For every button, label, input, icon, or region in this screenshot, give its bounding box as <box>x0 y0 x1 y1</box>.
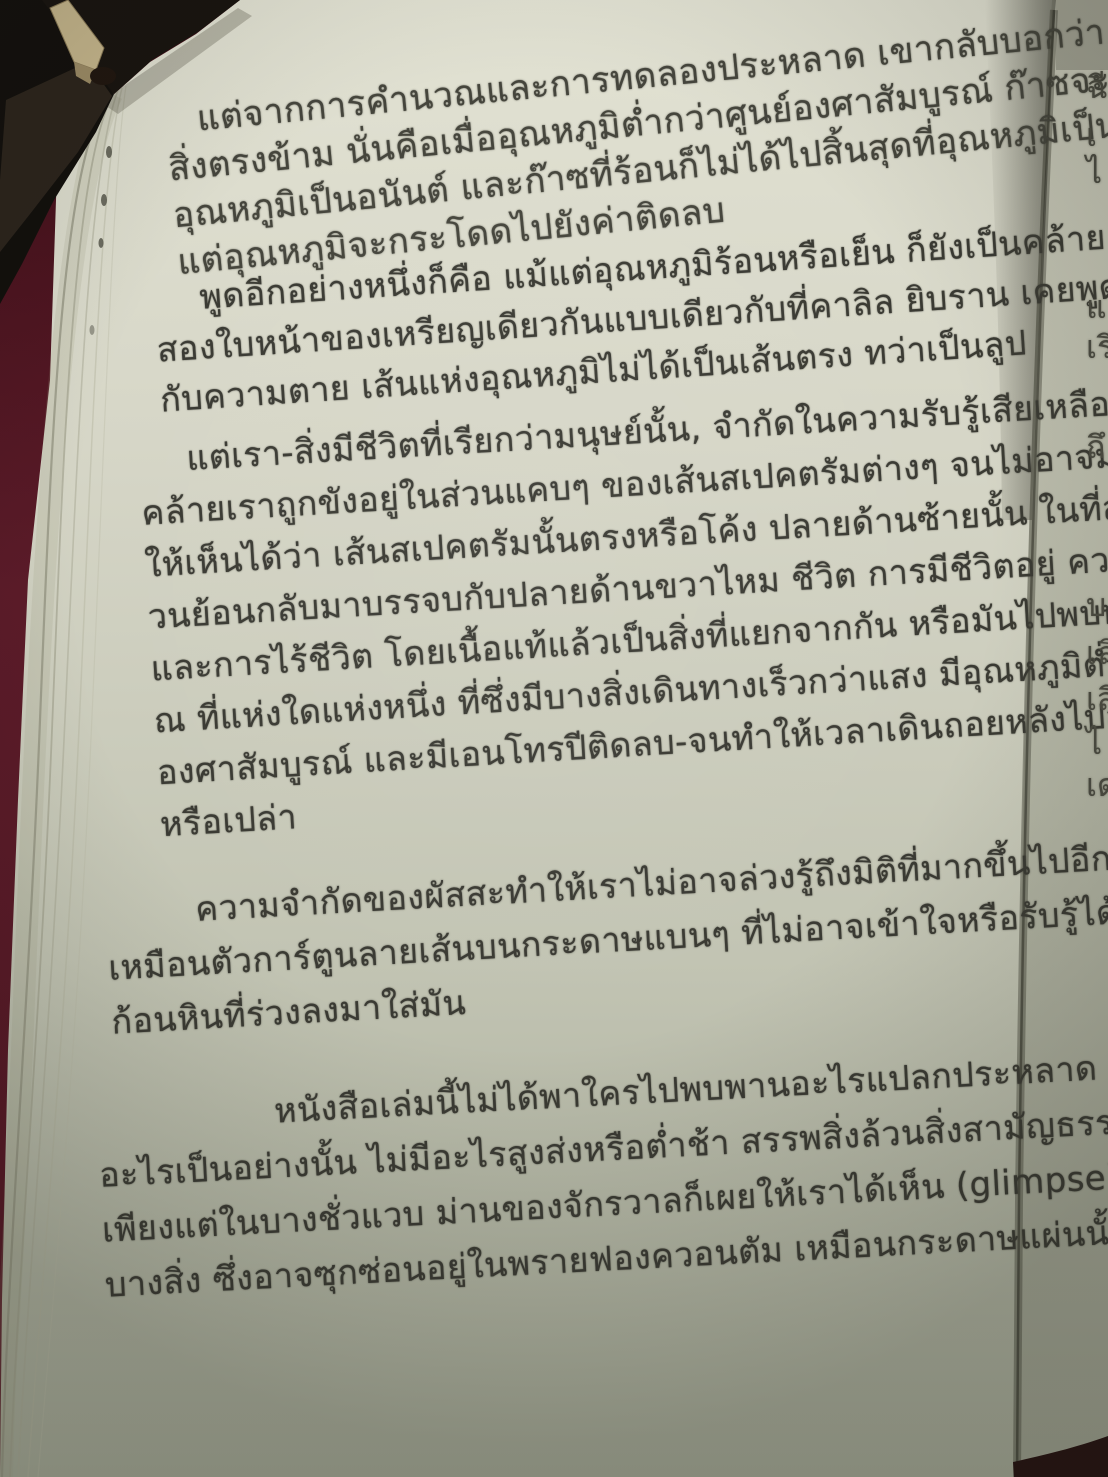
facing-page-fragment: เด <box>1086 768 1108 802</box>
book-clasp <box>90 67 116 85</box>
facing-page-fragment: เรี <box>1086 330 1108 364</box>
facing-page-fragment: เสี <box>1086 682 1108 716</box>
facing-page-fragment: ฉี <box>1086 70 1108 104</box>
facing-page-fragment: ไ <box>1086 155 1108 189</box>
facing-page-fragment: เลิ <box>1086 636 1108 670</box>
paragraph: แต่เรา-สิ่งมีชีวิตที่เรียกว่ามนุษย์นั้น,… <box>137 371 1108 851</box>
facing-page-fragment: ไ <box>1086 726 1108 760</box>
facing-page-fragment: ถึ <box>1086 430 1108 464</box>
facing-page-fragment: เ <box>1086 118 1108 152</box>
facing-page-fragment: แ <box>1086 290 1108 324</box>
facing-page-fragment: บ <box>1086 588 1108 622</box>
book-photo: แต่จากการคำนวณและการทดลองประหลาด เขากลับ… <box>0 0 1108 1477</box>
